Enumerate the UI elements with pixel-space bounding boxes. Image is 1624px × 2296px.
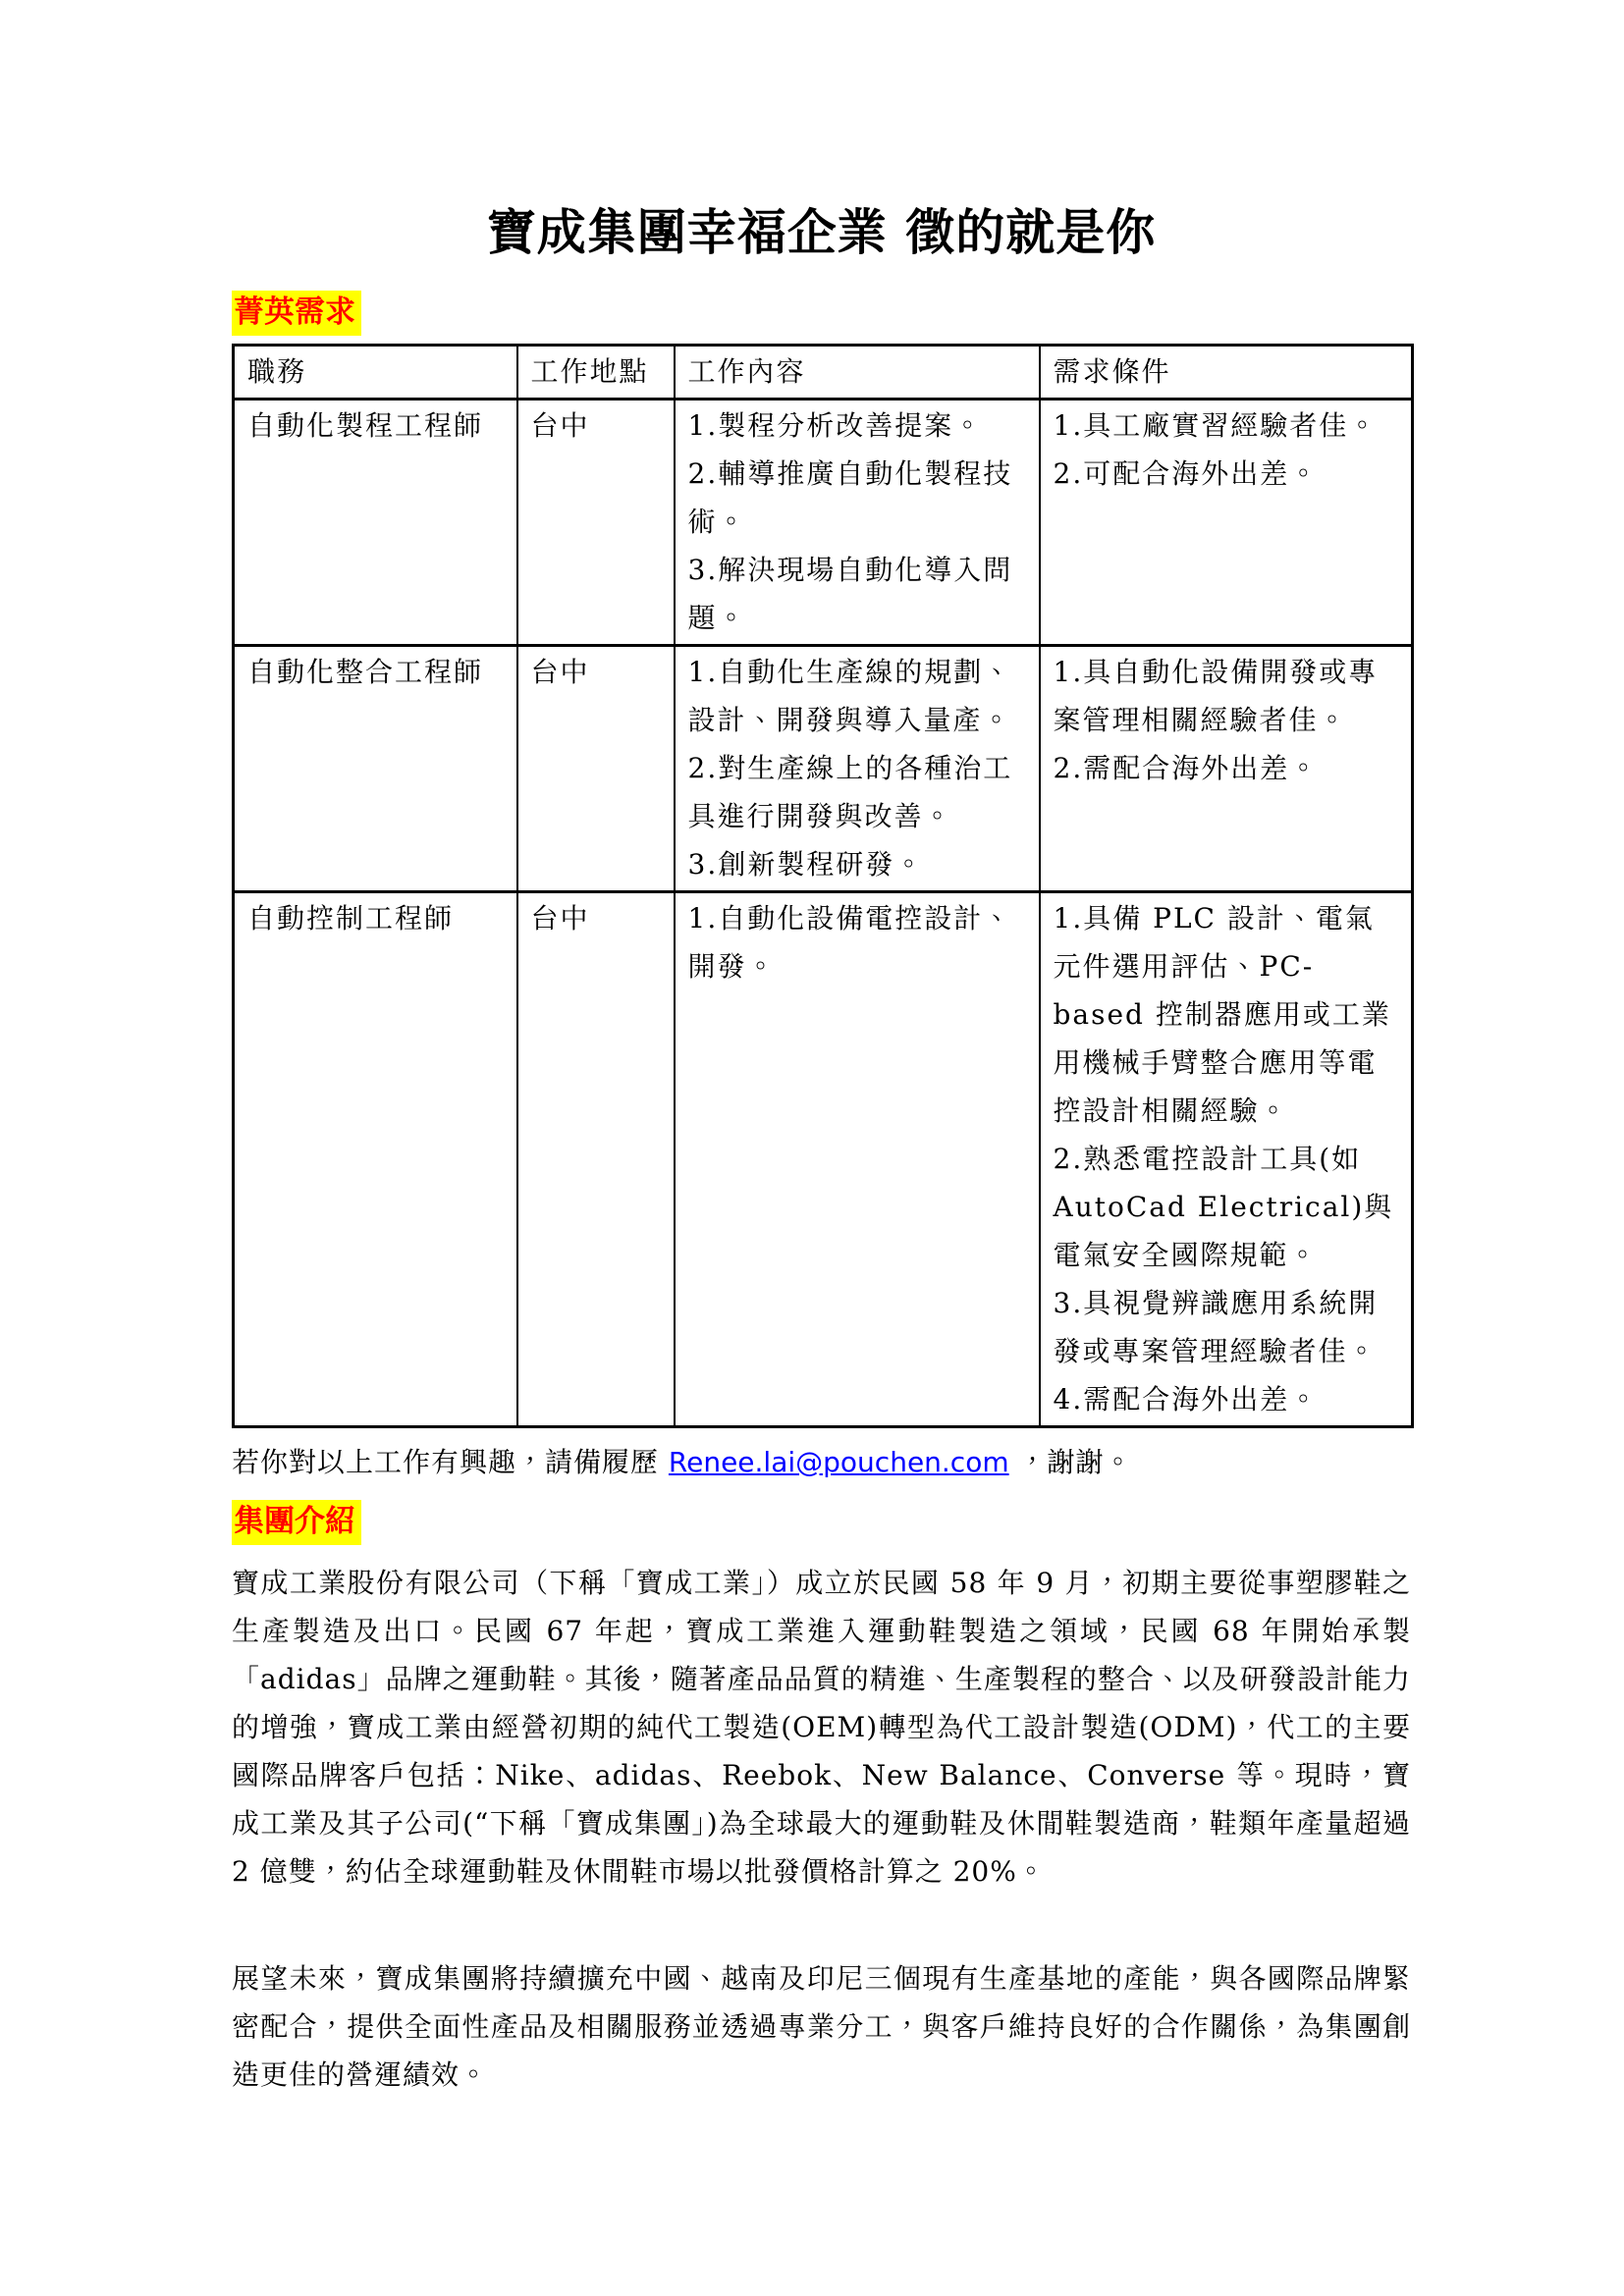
page-title: 寶成集團幸福企業 徵的就是你 bbox=[232, 202, 1411, 263]
col-header-location: 工作地點 bbox=[517, 346, 675, 400]
table-header-row: 職務 工作地點 工作內容 需求條件 bbox=[234, 346, 1413, 400]
cell-location: 台中 bbox=[517, 646, 675, 892]
email-link[interactable]: Renee.lai@pouchen.com bbox=[669, 1446, 1009, 1478]
table-row-integration-engineer: 自動化整合工程師 台中 1.自動化生產線的規劃、設計、開發與導入量產。 2.對生… bbox=[234, 646, 1413, 892]
cell-location: 台中 bbox=[517, 400, 675, 646]
document-content: 寶成集團幸福企業 徵的就是你 菁英需求 職務 工作地點 工作內容 需求條件 bbox=[232, 0, 1411, 2099]
table-row-process-engineer: 自動化製程工程師 台中 1.製程分析改善提案。 2.輔導推廣自動化製程技術。 3… bbox=[234, 400, 1413, 646]
cell-position: 自動化整合工程師 bbox=[234, 646, 517, 892]
col-header-requirements: 需求條件 bbox=[1040, 346, 1413, 400]
table-row-control-engineer: 自動控制工程師 台中 1.自動化設備電控設計、開發。 1.具備 PLC 設計、電… bbox=[234, 892, 1413, 1427]
contact-line: 若你對以上工作有興趣，請備履歷 Renee.lai@pouchen.com ，謝… bbox=[232, 1438, 1411, 1486]
section-header-elite: 菁英需求 bbox=[232, 291, 361, 336]
cell-requirements: 1.具自動化設備開發或專案管理相關經驗者佳。 2.需配合海外出差。 bbox=[1040, 646, 1413, 892]
cell-job-content: 1.製程分析改善提案。 2.輔導推廣自動化製程技術。 3.解決現場自動化導入問題… bbox=[675, 400, 1040, 646]
paragraph-outlook: 展望未來，寶成集團將持續擴充中國、越南及印尼三個現有生產基地的產能，與各國際品牌… bbox=[232, 1954, 1411, 2099]
cell-job-content: 1.自動化設備電控設計、開發。 bbox=[675, 892, 1040, 1427]
section-header-group: 集團介紹 bbox=[232, 1500, 361, 1545]
group-section-row: 集團介紹 bbox=[232, 1486, 1411, 1545]
cell-location: 台中 bbox=[517, 892, 675, 1427]
cell-requirements: 1.具工廠實習經驗者佳。 2.可配合海外出差。 bbox=[1040, 400, 1413, 646]
paragraph-company-intro: 寶成工業股份有限公司（下稱「寶成工業」）成立於民國 58 年 9 月，初期主要從… bbox=[232, 1559, 1411, 1896]
document-page: 寶成集團幸福企業 徵的就是你 菁英需求 職務 工作地點 工作內容 需求條件 bbox=[0, 0, 1624, 2296]
elite-section-row: 菁英需求 bbox=[232, 263, 1411, 336]
cell-requirements: 1.具備 PLC 設計、電氣元件選用評估、PC-based 控制器應用或工業用機… bbox=[1040, 892, 1413, 1427]
cell-job-content: 1.自動化生產線的規劃、設計、開發與導入量產。 2.對生產線上的各種治工具進行開… bbox=[675, 646, 1040, 892]
col-header-content: 工作內容 bbox=[675, 346, 1040, 400]
contact-text-after: ，謝謝。 bbox=[1009, 1446, 1133, 1478]
cell-position: 自動控制工程師 bbox=[234, 892, 517, 1427]
contact-text-before: 若你對以上工作有興趣，請備履歷 bbox=[232, 1446, 669, 1478]
cell-position: 自動化製程工程師 bbox=[234, 400, 517, 646]
jobs-table: 職務 工作地點 工作內容 需求條件 自動化製程工程師 台中 1.製程分析改善提案… bbox=[232, 344, 1414, 1428]
col-header-position: 職務 bbox=[234, 346, 517, 400]
